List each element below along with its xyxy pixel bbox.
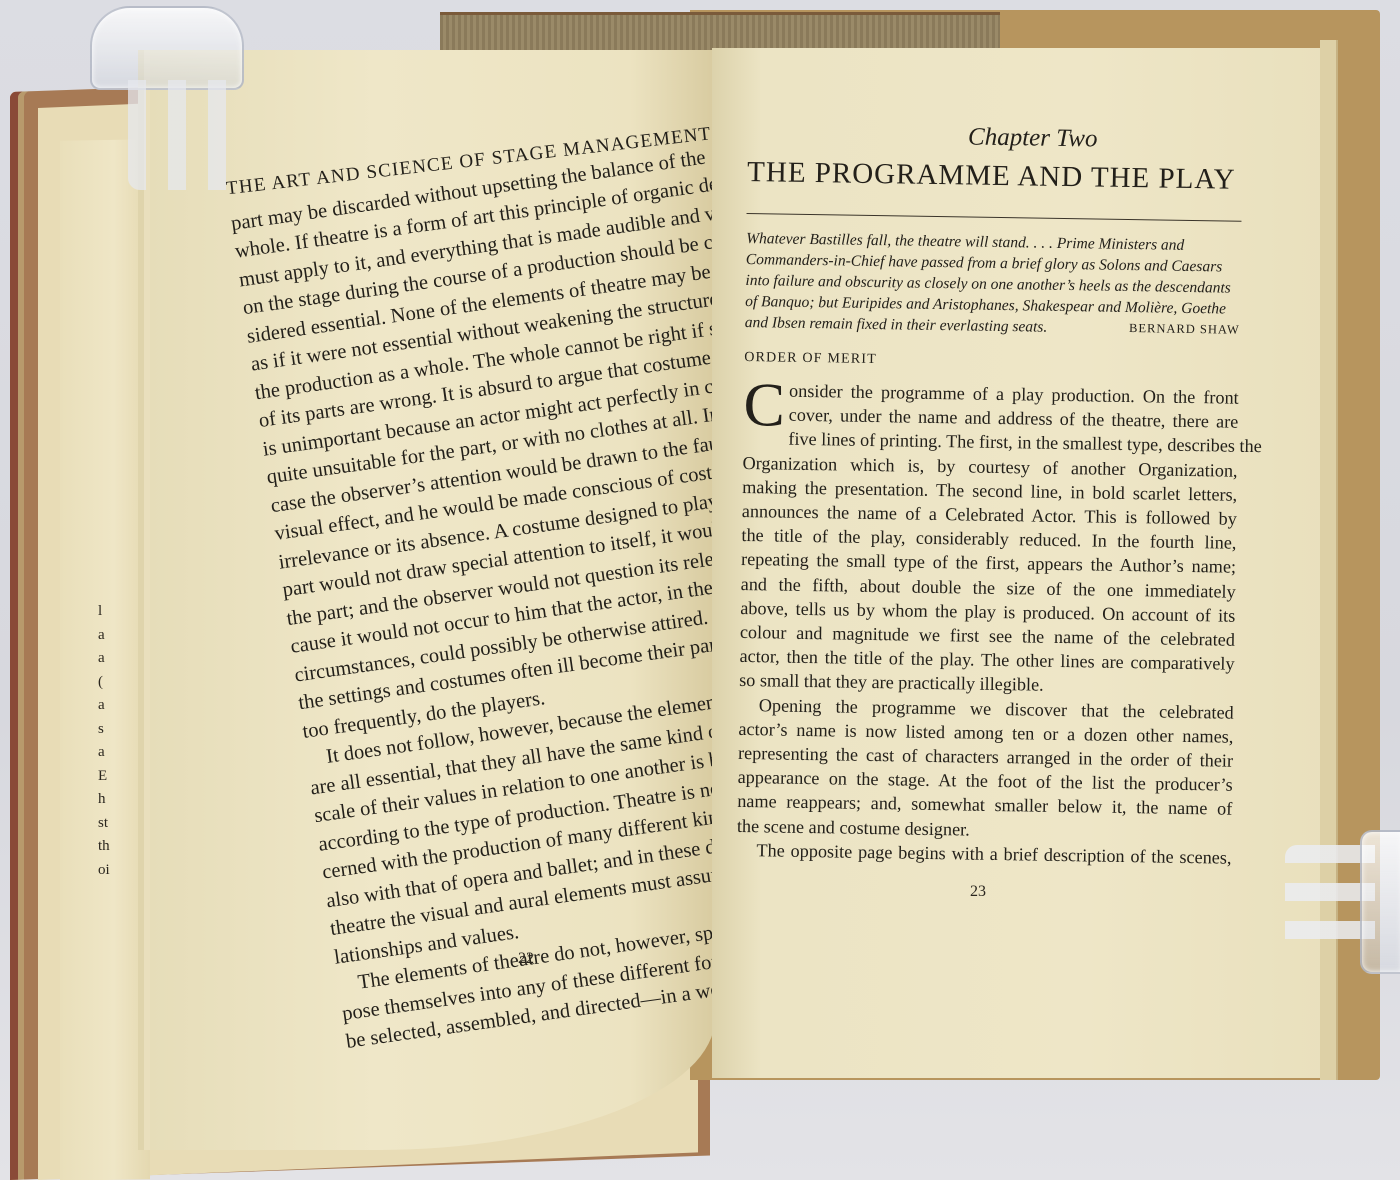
page-number-left: 22 <box>518 950 534 968</box>
hair-clip-top-left-teeth <box>128 80 238 190</box>
letter-fragment: l <box>98 600 128 624</box>
title-rule <box>747 213 1242 222</box>
letter-fragment: ( <box>98 671 128 695</box>
letter-fragment: h <box>98 788 128 812</box>
hair-clip-right <box>1360 830 1400 974</box>
letter-fragment: a <box>98 741 128 765</box>
letter-fragment: a <box>98 647 128 671</box>
letter-fragment: E <box>98 765 128 789</box>
right-page-body: C onsider the programme of a play produc… <box>736 378 1239 870</box>
photo-scene: l a a ( a s a E h st th oi THE ART AND S… <box>0 0 1400 1180</box>
letter-fragment: oi <box>98 859 128 883</box>
letter-fragment: st <box>98 812 128 836</box>
section-heading: ORDER OF MERIT <box>744 350 1239 374</box>
page-number-right: 23 <box>970 883 986 901</box>
previous-page-letter-fragments: l a a ( a s a E h st th oi <box>98 600 128 882</box>
hair-clip-top-left <box>90 6 244 90</box>
right-page-text: Chapter Two THE PROGRAMME AND THE PLAY W… <box>736 120 1243 870</box>
letter-fragment: a <box>98 694 128 718</box>
letter-fragment: s <box>98 718 128 742</box>
drop-cap: C <box>743 382 785 429</box>
letter-fragment: th <box>98 835 128 859</box>
letter-fragment: a <box>98 624 128 648</box>
chapter-title: THE PROGRAMME AND THE PLAY <box>747 156 1242 197</box>
